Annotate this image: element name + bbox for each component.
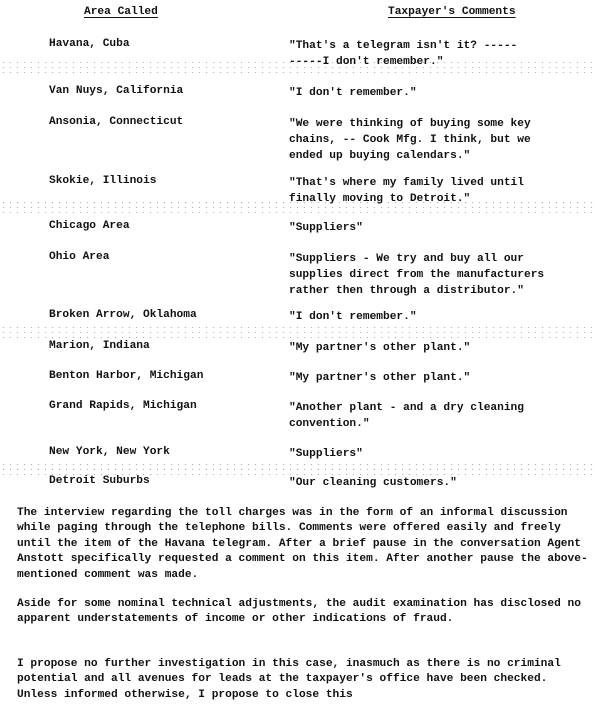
- scan-noise: [0, 462, 595, 476]
- taxpayer-comment: "Suppliers": [289, 220, 589, 236]
- area-called: New York, New York: [49, 446, 170, 458]
- taxpayer-comment: "That's a telegram isn't it? ----- -----…: [289, 38, 589, 70]
- area-called: Chicago Area: [49, 220, 130, 232]
- taxpayer-comment: "Suppliers - We try and buy all our supp…: [289, 251, 589, 299]
- area-called: Marion, Indiana: [49, 340, 150, 352]
- taxpayer-comment: "That's where my family lived until fina…: [289, 175, 589, 207]
- area-called: Ansonia, Connecticut: [49, 116, 183, 128]
- area-called: Skokie, Illinois: [49, 175, 156, 187]
- scan-noise: [0, 325, 595, 339]
- area-called: Havana, Cuba: [49, 38, 130, 50]
- document-page: Area Called Taxpayer's Comments Havana, …: [0, 0, 595, 713]
- area-called: Broken Arrow, Oklahoma: [49, 309, 197, 321]
- area-called: Ohio Area: [49, 251, 109, 263]
- area-called: Detroit Suburbs: [49, 475, 150, 487]
- area-called: Benton Harbor, Michigan: [49, 370, 203, 382]
- taxpayer-comment: "My partner's other plant.": [289, 340, 589, 356]
- taxpayer-comment: "Our cleaning customers.": [289, 475, 589, 491]
- taxpayer-comment: "Another plant - and a dry cleaning conv…: [289, 400, 589, 432]
- header-taxpayer-comments: Taxpayer's Comments: [388, 6, 516, 18]
- audit-paragraph: Aside for some nominal technical adjustm…: [17, 597, 592, 628]
- header-area-called: Area Called: [84, 6, 158, 18]
- taxpayer-comment: "I don't remember.": [289, 85, 589, 101]
- interview-paragraph: The interview regarding the toll charges…: [17, 506, 592, 583]
- taxpayer-comment: "We were thinking of buying some key cha…: [289, 116, 589, 164]
- proposal-paragraph: I propose no further investigation in th…: [17, 657, 592, 703]
- taxpayer-comment: "I don't remember.": [289, 309, 589, 325]
- taxpayer-comment: "My partner's other plant.": [289, 370, 589, 386]
- area-called: Van Nuys, California: [49, 85, 183, 97]
- taxpayer-comment: "Suppliers": [289, 446, 589, 462]
- area-called: Grand Rapids, Michigan: [49, 400, 197, 412]
